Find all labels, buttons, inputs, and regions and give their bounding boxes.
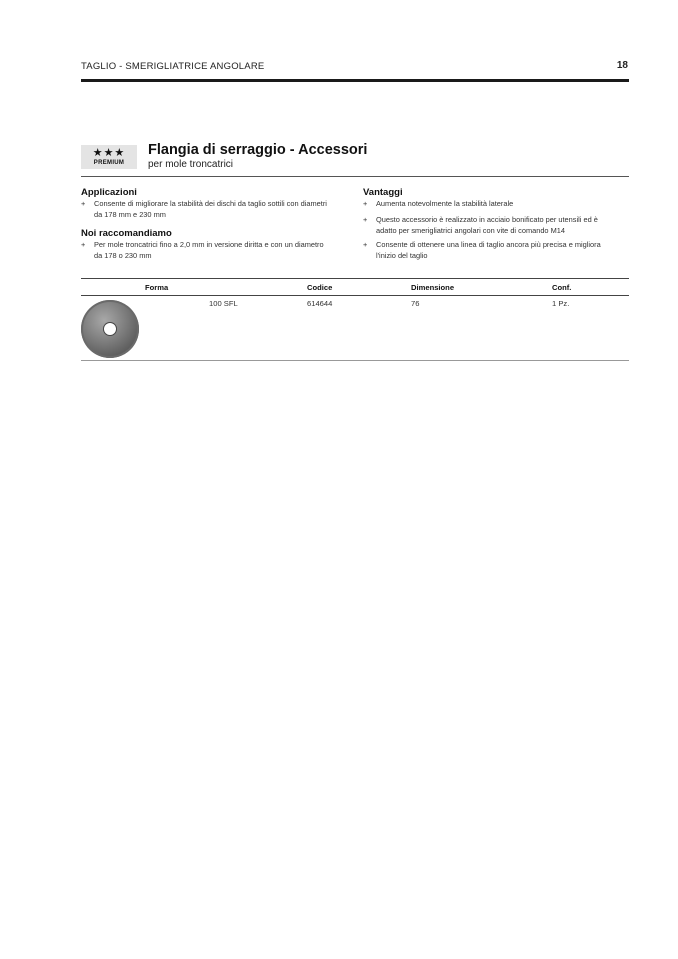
cell-forma: 100 SFL [209,299,238,308]
cell-codice: 614644 [307,299,332,308]
section-title: TAGLIO - SMERIGLIATRICE ANGOLARE [81,61,264,72]
advantages-item: + Consente di ottenere una linea di tagl… [363,240,633,262]
cell-dimensione: 76 [411,299,419,308]
plus-icon: + [81,240,85,251]
plus-icon: + [363,199,367,210]
table-header-rule [81,295,629,296]
advantages-item: + Questo accessorio è realizzato in acci… [363,215,633,237]
recommend-heading: Noi raccomandiamo [81,228,172,239]
table-bottom-rule [81,360,629,361]
applications-heading: Applicazioni [81,187,137,198]
badge-label: PREMIUM [81,159,137,167]
premium-badge: ★★★ PREMIUM [81,145,137,169]
plus-icon: + [363,240,367,251]
applications-item: + Consente di migliorare la stabilità de… [81,199,361,221]
advantages-heading: Vantaggi [363,187,403,198]
column-header-dimensione: Dimensione [411,283,454,292]
column-header-conf: Conf. [552,283,571,292]
plus-icon: + [81,199,85,210]
advantages-item: + Aumenta notevolmente la stabilità late… [363,199,633,210]
recommend-item: + Per mole troncatrici fino a 2,0 mm in … [81,240,361,262]
column-header-forma: Forma [145,283,168,292]
star-icons: ★★★ [81,147,137,159]
page-number: 18 [617,60,628,71]
product-subtitle: per mole troncatrici [148,159,233,170]
table-top-rule [81,278,629,279]
header-divider [81,79,629,82]
cell-conf: 1 Pz. [552,299,569,308]
title-divider [81,176,629,177]
product-title: Flangia di serraggio - Accessori [148,142,367,158]
column-header-codice: Codice [307,283,332,292]
clamping-flange-image [81,300,139,358]
plus-icon: + [363,215,367,226]
